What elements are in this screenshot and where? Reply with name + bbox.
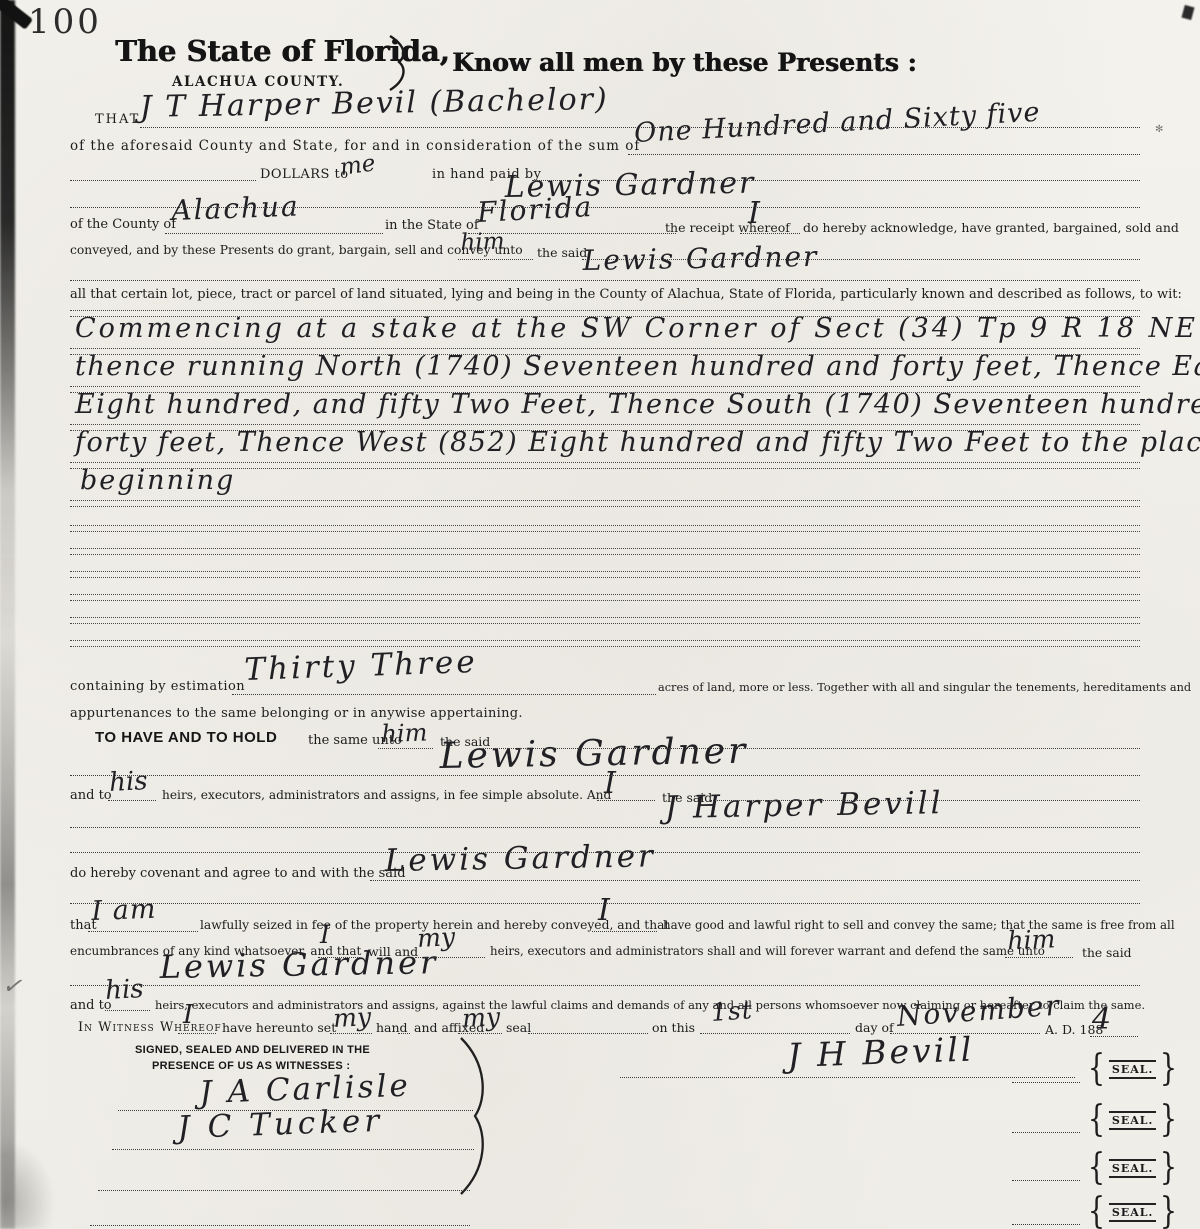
- dotted-rule: [740, 233, 800, 234]
- dotted-rule: [70, 903, 1140, 904]
- dotted-rule: [108, 800, 156, 801]
- dotted-rule: [528, 1033, 648, 1034]
- hw-description-line: Commencing at a stake at the SW Corner o…: [75, 313, 1198, 344]
- dotted-rule: [597, 800, 655, 801]
- hw-i-am: I am: [91, 894, 157, 927]
- dotted-rule: [70, 462, 1140, 469]
- dotted-rule: [105, 1010, 150, 1011]
- heirs-fee-simple-clause: heirs, executors, administrators and ass…: [162, 788, 611, 802]
- seal-brace-left: {: [1088, 1150, 1105, 1186]
- dotted-rule: [140, 127, 1140, 128]
- hw-acreage: Thirty Three: [244, 644, 478, 688]
- land-clause: all that certain lot, piece, tract or pa…: [70, 287, 1182, 302]
- and-to-label-1: and to: [70, 788, 112, 803]
- hw-his-1: his: [108, 766, 148, 798]
- seal-brace-left: {: [1088, 1194, 1105, 1229]
- lawful-right-clause: have good and lawful right to sell and c…: [663, 918, 1175, 932]
- dotted-rule: [318, 957, 360, 958]
- dotted-rule: [232, 694, 656, 695]
- hw-grantee-5: Lewis Gardner: [159, 943, 438, 986]
- conveyed-clause: conveyed, and by these Presents do grant…: [70, 243, 523, 257]
- county-of-label: of the County of: [70, 217, 176, 232]
- dotted-rule: [70, 280, 1140, 281]
- dotted-rule: [1012, 1224, 1080, 1225]
- dotted-rule: [710, 800, 1140, 801]
- dotted-rule: [70, 775, 1140, 776]
- dotted-rule: [398, 1033, 410, 1034]
- hw-sum: One Hundred and Sixty five: [633, 97, 1041, 149]
- dotted-rule: [70, 571, 1140, 578]
- covenant-clause: do hereby covenant and agree to and with…: [70, 866, 406, 881]
- the-said-label-1: the said: [537, 245, 587, 260]
- dotted-rule: [458, 1033, 502, 1034]
- signed-line-1: SIGNED, SEALED AND DELIVERED IN THE: [135, 1044, 370, 1056]
- hw-him-3: him: [1007, 924, 1056, 955]
- seal-stamp-1: {SEAL.}: [1085, 1051, 1180, 1087]
- dotted-rule: [1090, 1036, 1138, 1037]
- hw-state: Florida: [476, 190, 594, 229]
- seal-brace-left: {: [1088, 1102, 1105, 1138]
- top-right-mark: [1181, 5, 1194, 20]
- dotted-rule: [1012, 1180, 1080, 1181]
- dotted-rule: [88, 931, 198, 932]
- dotted-rule: [70, 180, 256, 181]
- on-this-label: on this: [652, 1020, 695, 1035]
- dotted-rule: [468, 233, 676, 234]
- dotted-rule: [532, 180, 1140, 181]
- dotted-rule: [70, 386, 1140, 393]
- dotted-rule: [620, 1077, 1075, 1078]
- dotted-rule: [628, 154, 1140, 155]
- hw-my-3: my: [461, 1002, 500, 1033]
- dotted-rule: [90, 1225, 470, 1226]
- dotted-rule: [1005, 957, 1073, 958]
- header-brace: [386, 34, 416, 92]
- hw-month: November: [896, 989, 1062, 1033]
- acknowledge-clause: do hereby acknowledge, have granted, bar…: [803, 220, 1179, 235]
- hw-county: Alachua: [171, 190, 300, 227]
- seal-stamp-2: {SEAL.}: [1085, 1102, 1180, 1138]
- hw-year-digit: 4: [1092, 1002, 1111, 1037]
- hw-signature: J H Bevill: [787, 1029, 975, 1075]
- dotted-rule: [582, 259, 1140, 260]
- page-number: 100: [28, 2, 102, 42]
- dotted-rule: [98, 1190, 470, 1191]
- dotted-rule: [70, 594, 1140, 601]
- seal-text: SEAL.: [1109, 1060, 1156, 1079]
- dotted-rule: [1012, 1132, 1080, 1133]
- dotted-rule: [118, 1110, 473, 1111]
- dotted-rule: [1012, 1082, 1080, 1083]
- dotted-rule: [70, 424, 1140, 431]
- dotted-rule: [700, 1033, 850, 1034]
- appurtenances-clause: appurtenances to the same belonging or i…: [70, 706, 523, 721]
- paper-speck: ✻: [1155, 124, 1163, 135]
- hw-grantor-name: J T Harper Bevil (Bachelor): [139, 82, 609, 125]
- hw-grantee-3: Lewis Gardner: [439, 731, 748, 777]
- hw-i-5: I: [183, 1000, 193, 1030]
- that-label: THAT: [95, 112, 140, 127]
- seal-brace-left: {: [1088, 1051, 1105, 1087]
- dotted-rule: [70, 640, 1140, 647]
- dotted-rule: [592, 931, 657, 932]
- dotted-rule: [70, 207, 1140, 208]
- dotted-rule: [165, 233, 383, 234]
- dollars-label: DOLLARS to: [260, 167, 349, 182]
- hereunto-label: have hereunto set: [222, 1020, 336, 1035]
- hw-description-line: Eight hundred, and fifty Two Feet, Thenc…: [75, 389, 1200, 420]
- dotted-rule: [70, 548, 1140, 555]
- dotted-rule: [70, 310, 1140, 317]
- dotted-rule: [70, 617, 1140, 624]
- hw-i-3: I: [598, 893, 610, 928]
- book-binding-shadow: [0, 0, 15, 1229]
- seal-brace-right: }: [1160, 1150, 1177, 1186]
- hw-day: 1st: [710, 995, 754, 1027]
- hw-description-line: beginning: [80, 465, 235, 496]
- dotted-rule: [70, 985, 1140, 986]
- dotted-rule: [890, 1033, 1040, 1034]
- dotted-rule: [458, 259, 533, 260]
- witness-brace: [455, 1036, 501, 1196]
- seal-text: SEAL.: [1109, 1159, 1156, 1178]
- consideration-lead: of the aforesaid County and State, for a…: [70, 138, 640, 154]
- hw-grantor-2: J Harper Bevill: [664, 785, 943, 826]
- seal-brace-right: }: [1160, 1051, 1177, 1087]
- containing-label: containing by estimation: [70, 679, 245, 694]
- seal-brace-right: }: [1160, 1102, 1177, 1138]
- hw-grantee-4: Lewis Gardner: [384, 838, 656, 879]
- seal-text: SEAL.: [1109, 1111, 1156, 1130]
- salutation: Know all men by these Presents :: [452, 48, 917, 77]
- hw-his-2: his: [104, 974, 144, 1006]
- deed-document-page: ✻ ✓ 100 The State of Florida, ALACHUA CO…: [0, 0, 1200, 1229]
- dotted-rule: [70, 525, 1140, 532]
- warrant-clause: heirs, executors and administrators shal…: [490, 944, 1045, 958]
- seal-stamp-3: {SEAL.}: [1085, 1150, 1180, 1186]
- dotted-rule: [483, 748, 1140, 749]
- hw-me: me: [338, 150, 377, 181]
- hw-i-1: I: [748, 196, 760, 231]
- seal-stamp-4: {SEAL.}: [1085, 1194, 1180, 1229]
- dotted-rule: [112, 1149, 474, 1150]
- dotted-rule: [370, 880, 1140, 881]
- seal-brace-right: }: [1160, 1194, 1177, 1229]
- hw-my-2: my: [332, 1002, 371, 1033]
- to-have-label: TO HAVE AND TO HOLD: [95, 729, 277, 746]
- dotted-rule: [330, 1033, 372, 1034]
- dotted-rule: [70, 500, 1140, 507]
- hw-i-2: I: [604, 766, 616, 801]
- seal-text: SEAL.: [1109, 1203, 1156, 1222]
- dotted-rule: [378, 748, 433, 749]
- hw-description-line: forty feet, Thence West (852) Eight hund…: [75, 427, 1200, 458]
- hw-him-2: him: [381, 718, 428, 748]
- bottom-left-smudge: [0, 1140, 55, 1229]
- dotted-rule: [70, 827, 1140, 828]
- acres-clause: acres of land, more or less. Together wi…: [658, 681, 1191, 694]
- dotted-rule: [70, 852, 1140, 853]
- the-said-label-4: the said: [1082, 946, 1132, 960]
- dotted-rule: [178, 1033, 216, 1034]
- hw-description-line: thence running North (1740) Seventeen hu…: [75, 351, 1200, 382]
- dotted-rule: [415, 957, 485, 958]
- dotted-rule: [70, 348, 1140, 355]
